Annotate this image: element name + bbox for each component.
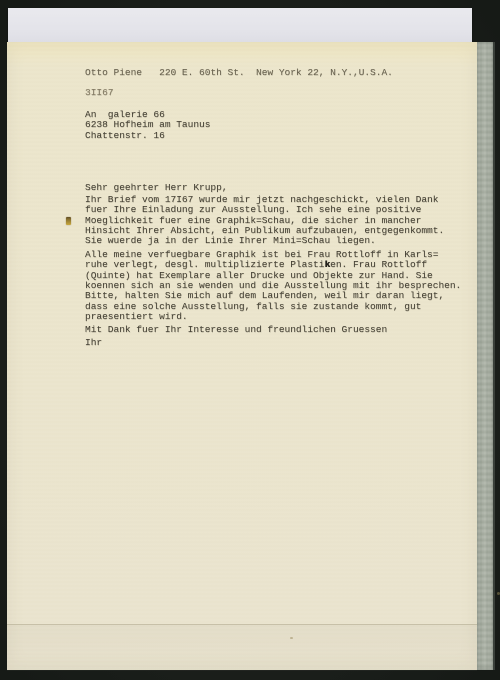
paper-speck [290, 637, 293, 639]
binding-edge [477, 42, 495, 670]
backing-sheet-top [8, 8, 472, 42]
body-line: Bitte, halten Sie mich auf dem Laufenden… [85, 291, 444, 301]
sender-address-line: Otto Piene 220 E. 60th St. New York 22, … [85, 68, 393, 78]
body-line-post: en. Frau Rottloff [330, 259, 427, 270]
body-line-pre: ruhe verlegt, desgl. multiplizierte Plas… [85, 259, 324, 270]
margin-mark [66, 217, 71, 225]
scan-frame: Otto Piene 220 E. 60th St. New York 22, … [0, 0, 500, 680]
salutation: Sehr geehrter Herr Krupp, [85, 183, 228, 193]
date-line: 3II67 [85, 88, 114, 98]
closing-line: Mit Dank fuer Ihr Interesse und freundli… [85, 325, 387, 335]
letter-page: Otto Piene 220 E. 60th St. New York 22, … [7, 42, 477, 670]
letter-sheet-bottom-edge [7, 624, 477, 671]
signature-line: Ihr [85, 338, 102, 348]
recipient-line: Chattenstr. 16 [85, 131, 165, 141]
body-line: Sie wuerde ja in der Linie Ihrer Mini=Sc… [85, 236, 376, 246]
body-line: praesentiert wird. [85, 312, 188, 322]
